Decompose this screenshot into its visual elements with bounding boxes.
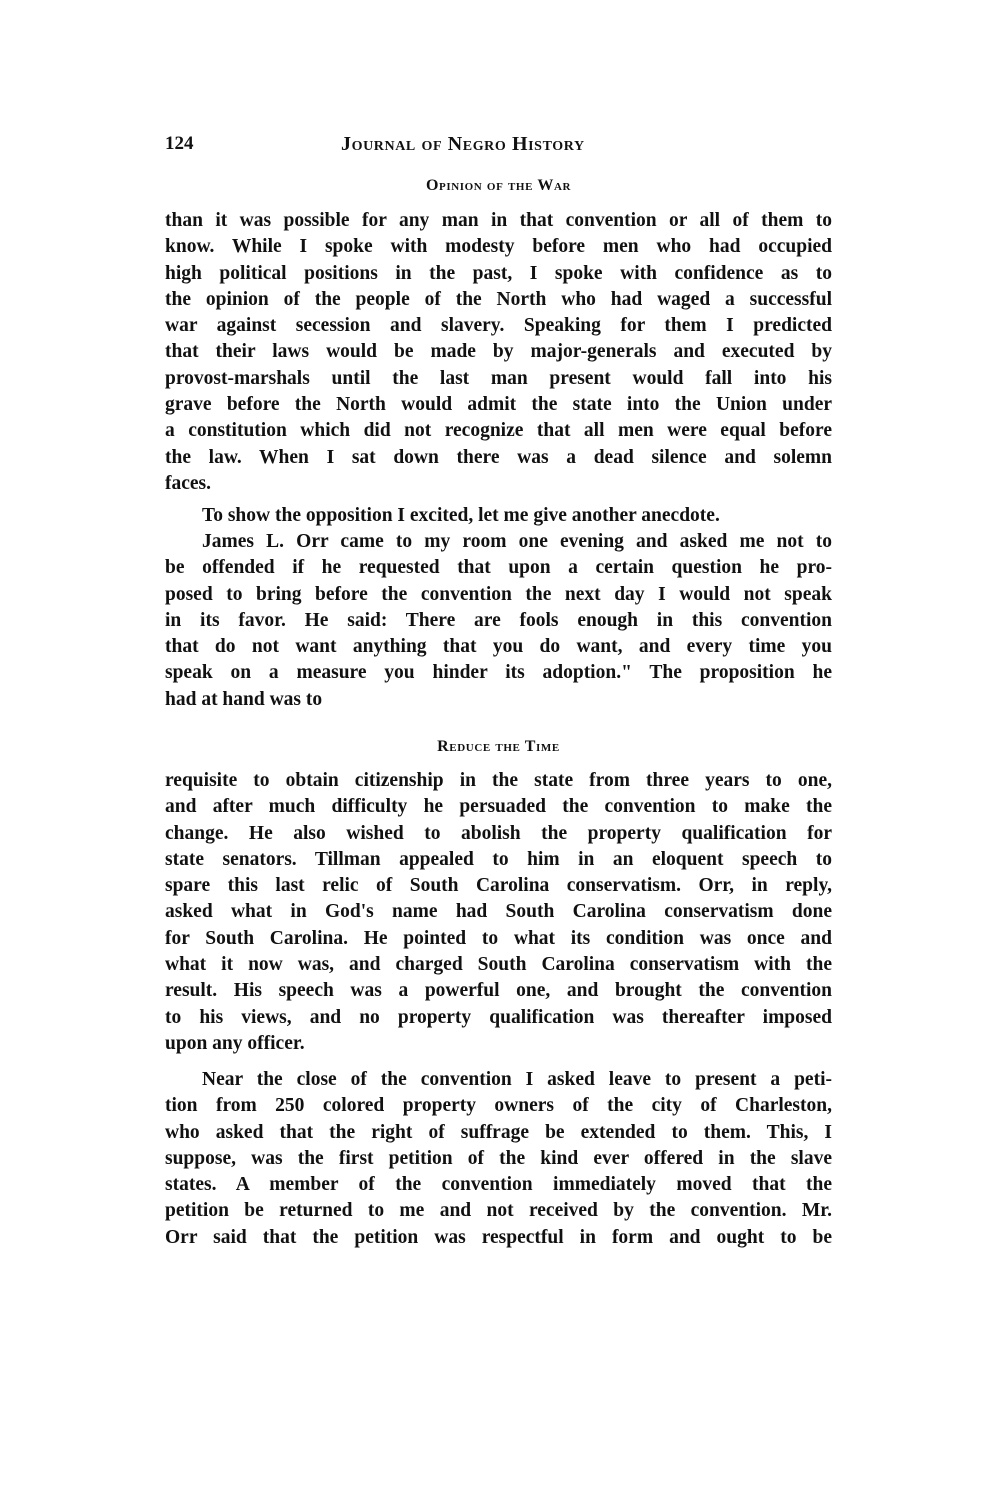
text-line: that their laws would be made by major-g… — [165, 339, 832, 365]
text-line: to his views, and no property qualificat… — [165, 1005, 832, 1031]
text-line: had at hand was to — [165, 687, 832, 713]
text-line: asked what in God's name had South Carol… — [165, 899, 832, 925]
paragraph: requisite to obtain citizenship in the s… — [165, 768, 832, 1057]
text-line: in its favor. He said: There are fools e… — [165, 608, 832, 634]
text-line: James L. Orr came to my room one evening… — [165, 529, 832, 555]
running-head: 124 Journal of Negro History — [165, 133, 832, 159]
text-line: Near the close of the convention I asked… — [165, 1067, 832, 1093]
text-line: requisite to obtain citizenship in the s… — [165, 768, 832, 794]
text-line: spare this last relic of South Carolina … — [165, 873, 832, 899]
paragraph: than it was possible for any man in that… — [165, 208, 832, 497]
text-line: than it was possible for any man in that… — [165, 208, 832, 234]
text-line: upon any officer. — [165, 1031, 832, 1057]
text-line: state senators. Tillman appealed to him … — [165, 847, 832, 873]
text-line: know. While I spoke with modesty before … — [165, 234, 832, 260]
text-line: provost-marshals until the last man pres… — [165, 366, 832, 392]
journal-title: Journal of Negro History — [341, 133, 585, 156]
text-line: change. He also wished to abolish the pr… — [165, 821, 832, 847]
text-line: petition be returned to me and not recei… — [165, 1198, 832, 1224]
text-line: the law. When I sat down there was a dea… — [165, 445, 832, 471]
text-line: the opinion of the people of the North w… — [165, 287, 832, 313]
section-heading-opinion-of-the-war: Opinion of the War — [165, 177, 832, 195]
text-line: result. His speech was a powerful one, a… — [165, 978, 832, 1004]
page-number: 124 — [165, 133, 194, 155]
text-line: high political positions in the past, I … — [165, 261, 832, 287]
paragraph: James L. Orr came to my room one evening… — [165, 529, 832, 713]
text-line: states. A member of the convention immed… — [165, 1172, 832, 1198]
text-line: for South Carolina. He pointed to what i… — [165, 926, 832, 952]
text-line: To show the opposition I excited, let me… — [165, 503, 832, 529]
paragraph: To show the opposition I excited, let me… — [165, 503, 832, 529]
section-heading-reduce-the-time: Reduce the Time — [165, 738, 832, 756]
text-line: what it now was, and charged South Carol… — [165, 952, 832, 978]
text-line: who asked that the right of suffrage be … — [165, 1120, 832, 1146]
text-line: war against secession and slavery. Speak… — [165, 313, 832, 339]
text-line: tion from 250 colored property owners of… — [165, 1093, 832, 1119]
text-line: posed to bring before the convention the… — [165, 582, 832, 608]
text-line: grave before the North would admit the s… — [165, 392, 832, 418]
paragraph: Near the close of the convention I asked… — [165, 1067, 832, 1251]
text-line: Orr said that the petition was respectfu… — [165, 1225, 832, 1251]
text-line: suppose, was the first petition of the k… — [165, 1146, 832, 1172]
text-line: speak on a measure you hinder its adopti… — [165, 660, 832, 686]
text-line: and after much difficulty he persuaded t… — [165, 794, 832, 820]
document-page: 124 Journal of Negro History Opinion of … — [0, 0, 1000, 1494]
text-line: that do not want anything that you do wa… — [165, 634, 832, 660]
text-line: be offended if he requested that upon a … — [165, 555, 832, 581]
text-line: faces. — [165, 471, 832, 497]
text-line: a constitution which did not recognize t… — [165, 418, 832, 444]
